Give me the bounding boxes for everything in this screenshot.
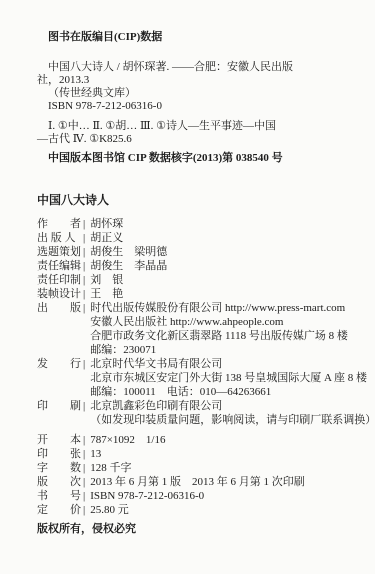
- credit-row-author: 作 者|胡怀琛: [37, 217, 367, 231]
- publisher-line: 安徽人民出版社 http://www.ahpeople.com: [90, 315, 348, 329]
- cip-block: 图书在版编目(CIP)数据 中国八大诗人 / 胡怀琛著. ——合肥：安徽人民出版…: [37, 30, 367, 165]
- divider-bar: |: [81, 433, 90, 447]
- divider-bar: |: [81, 475, 90, 489]
- spec-row-word-count: 字 数|128 千字: [37, 461, 367, 475]
- distributor-label: 发 行: [37, 357, 81, 399]
- printer-row: 印 刷| 北京凯鑫彩色印刷有限公司 （如发现印装质量问题，影响阅读，请与印刷厂联…: [37, 399, 367, 427]
- spec-label: 开 本: [37, 433, 81, 447]
- spec-row-price: 定 价|25.80 元: [37, 503, 367, 517]
- spec-row-isbn: 书 号|ISBN 978-7-212-06316-0: [37, 489, 367, 503]
- credit-row-editor: 责任编辑|胡俊生 李晶晶: [37, 259, 367, 273]
- copyright-notice: 版权所有，侵权必究: [37, 522, 367, 536]
- printer-line: （如发现印装质量问题，影响阅读，请与印刷厂联系调换）: [90, 413, 375, 427]
- spec-value: ISBN 978-7-212-06316-0: [90, 489, 204, 503]
- divider-bar: |: [81, 489, 90, 503]
- distributor-row: 发 行| 北京时代华文书局有限公司 北京市东城区安定门外大街 138 号皇城国际…: [37, 357, 367, 399]
- spec-label: 印 张: [37, 447, 81, 461]
- divider-bar: |: [81, 503, 90, 517]
- spec-value: 128 千字: [90, 461, 131, 475]
- cip-title-line1: 中国八大诗人 / 胡怀琛著. ——合肥：安徽人民出版: [37, 61, 367, 74]
- divider-bar: |: [81, 245, 90, 259]
- spec-value: 25.80 元: [90, 503, 129, 517]
- credit-label: 装帧设计: [37, 287, 81, 301]
- distributor-line: 北京时代华文书局有限公司: [90, 357, 367, 371]
- publisher-line: 邮编：230071: [90, 343, 348, 357]
- credit-value: 胡正义: [90, 231, 123, 245]
- publisher-line: 时代出版传媒股份有限公司 http://www.press-mart.com: [90, 301, 348, 315]
- distributor-line: 北京市东城区安定门外大街 138 号皇城国际大厦 A 座 8 楼: [90, 371, 367, 385]
- cip-title-line2: 社，2013.3: [37, 74, 367, 87]
- book-title: 中国八大诗人: [37, 193, 367, 208]
- credit-value: 王 艳: [90, 287, 123, 301]
- spec-value: 13: [90, 447, 101, 461]
- credits-block: 作 者|胡怀琛 出 版 人|胡正义 选题策划|胡俊生 梁明德 责任编辑|胡俊生 …: [37, 217, 367, 301]
- distributor-line: 邮编：100011 电话：010—64263661: [90, 385, 367, 399]
- credit-row-publisher-person: 出 版 人|胡正义: [37, 231, 367, 245]
- credit-label: 作 者: [37, 217, 81, 231]
- credit-value: 胡怀琛: [90, 217, 123, 231]
- divider-bar: |: [81, 287, 90, 301]
- copyright-page: 图书在版编目(CIP)数据 中国八大诗人 / 胡怀琛著. ——合肥：安徽人民出版…: [0, 0, 375, 574]
- spec-value: 787×1092 1/16: [90, 433, 165, 447]
- cip-record-number: 中国版本图书馆 CIP 数据核字(2013)第 038540 号: [37, 152, 367, 165]
- credit-label: 选题策划: [37, 245, 81, 259]
- spec-value: 2013 年 6 月第 1 版 2013 年 6 月第 1 次印刷: [90, 475, 305, 489]
- credit-row-topic-planning: 选题策划|胡俊生 梁明德: [37, 245, 367, 259]
- divider-bar: |: [81, 399, 90, 427]
- printer-lines: 北京凯鑫彩色印刷有限公司 （如发现印装质量问题，影响阅读，请与印刷厂联系调换）: [90, 399, 375, 427]
- publisher-line: 合肥市政务文化新区翡翠路 1118 号出版传媒广场 8 楼: [90, 329, 348, 343]
- divider-bar: |: [81, 447, 90, 461]
- divider-bar: |: [81, 217, 90, 231]
- credit-row-print-supervisor: 责任印制|刘 银: [37, 273, 367, 287]
- cip-series: （传世经典文库）: [37, 87, 367, 100]
- divider-bar: |: [81, 273, 90, 287]
- distributor-lines: 北京时代华文书局有限公司 北京市东城区安定门外大街 138 号皇城国际大厦 A …: [90, 357, 367, 399]
- divider-bar: |: [81, 301, 90, 357]
- credit-value: 刘 银: [90, 273, 123, 287]
- spec-label: 书 号: [37, 489, 81, 503]
- cip-classification-line2: —古代 Ⅳ. ①K825.6: [37, 133, 367, 146]
- spec-label: 版 次: [37, 475, 81, 489]
- spec-row-sheets: 印 张|13: [37, 447, 367, 461]
- publishing-block: 出 版| 时代出版传媒股份有限公司 http://www.press-mart.…: [37, 301, 367, 427]
- specs-block: 开 本|787×1092 1/16 印 张|13 字 数|128 千字 版 次|…: [37, 433, 367, 517]
- cip-classification-line1: Ⅰ. ①中… Ⅱ. ①胡… Ⅲ. ①诗人—生平事迹—中国: [37, 120, 367, 133]
- credit-value: 胡俊生 李晶晶: [90, 259, 167, 273]
- divider-bar: |: [81, 259, 90, 273]
- publisher-row: 出 版| 时代出版传媒股份有限公司 http://www.press-mart.…: [37, 301, 367, 357]
- spec-label: 字 数: [37, 461, 81, 475]
- spec-row-edition: 版 次|2013 年 6 月第 1 版 2013 年 6 月第 1 次印刷: [37, 475, 367, 489]
- credit-label: 责任编辑: [37, 259, 81, 273]
- divider-bar: |: [81, 231, 90, 245]
- credit-label: 责任印制: [37, 273, 81, 287]
- cip-header: 图书在版编目(CIP)数据: [37, 30, 367, 44]
- publisher-lines: 时代出版传媒股份有限公司 http://www.press-mart.com 安…: [90, 301, 348, 357]
- publisher-label: 出 版: [37, 301, 81, 357]
- printer-label: 印 刷: [37, 399, 81, 427]
- spec-label: 定 价: [37, 503, 81, 517]
- divider-bar: |: [81, 357, 90, 399]
- credit-row-designer: 装帧设计|王 艳: [37, 287, 367, 301]
- cip-isbn: ISBN 978-7-212-06316-0: [37, 100, 367, 113]
- credit-label: 出 版 人: [37, 231, 81, 245]
- printer-line: 北京凯鑫彩色印刷有限公司: [90, 399, 375, 413]
- spec-row-format: 开 本|787×1092 1/16: [37, 433, 367, 447]
- divider-bar: |: [81, 461, 90, 475]
- credit-value: 胡俊生 梁明德: [90, 245, 167, 259]
